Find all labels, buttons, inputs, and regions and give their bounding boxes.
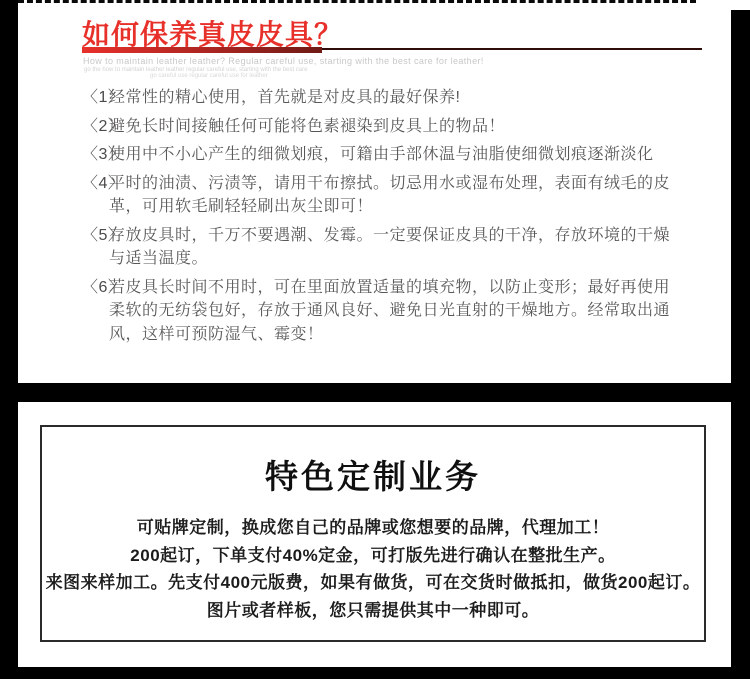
care-tip-3: 〈3〉 使用中不小心产生的细微划痕，可籍由手部休温与油脂使细微划痕逐渐淡化 [82,143,686,167]
section-divider-band [0,383,750,402]
care-tip-5: 〈5〉 存放皮具时，千万不要遇潮、发霉。一定要保证皮具的干净，存放环境的干燥与适… [82,224,686,271]
care-tips-list: 〈1〉 经常性的精心使用，首先就是对皮具的最好保养! 〈2〉 避免长时间接触任何… [82,86,686,351]
care-section-tiny-text-2: go careful use regular careful use for l… [150,73,268,79]
care-section-subtitle-en: How to maintain leather leather? Regular… [83,56,484,66]
title-underline-rule [322,48,702,50]
care-tip-3-text: 使用中不小心产生的细微划痕，可籍由手部休温与油脂使细微划痕逐渐淡化 [109,146,654,163]
product-detail-page: 如何保养真皮皮具？ How to maintain leather leathe… [0,0,750,679]
care-tip-5-text: 存放皮具时，千万不要遇潮、发霉。一定要保证皮具的干净，存放环境的干燥与适当温度。 [109,227,670,268]
customization-title: 特色定制业务 [42,451,704,498]
customization-line-4: 图片或者样板，您只需提供其中一种即可。 [42,597,704,625]
customization-box: 特色定制业务 可贴牌定制，换成您自己的品牌或您想要的品牌，代理加工！ 200起订… [40,425,706,642]
right-frame-bar [731,10,750,679]
title-underline-accent [82,47,322,53]
care-tip-2: 〈2〉 避免长时间接触任何可能将色素褪染到皮具上的物品！ [82,115,686,139]
care-tip-6-text: 若皮具长时间不用时，可在里面放置适量的填充物，以防止变形；最好再使用柔软的无纺袋… [109,279,670,343]
care-tip-2-number: 〈2〉 [82,115,124,139]
customization-text: 可贴牌定制，换成您自己的品牌或您想要的品牌，代理加工！ 200起订，下单支付40… [42,514,704,624]
care-tip-4-number: 〈4〉 [82,172,124,196]
care-tip-3-number: 〈3〉 [82,143,124,167]
care-tip-6: 〈6〉 若皮具长时间不用时，可在里面放置适量的填充物，以防止变形；最好再使用柔软… [82,276,686,347]
customization-line-1: 可贴牌定制，换成您自己的品牌或您想要的品牌，代理加工！ [42,514,704,542]
bottom-frame-band [0,667,750,679]
care-tip-2-text: 避免长时间接触任何可能将色素褪染到皮具上的物品！ [109,118,505,135]
care-tip-1-number: 〈1〉 [82,86,124,110]
top-dashed-divider [18,0,696,3]
care-tip-1: 〈1〉 经常性的精心使用，首先就是对皮具的最好保养! [82,86,686,110]
left-frame-bar [0,0,18,679]
customization-line-3: 来图来样加工。先支付400元版费，如果有做货，可在交货时做抵扣，做货200起订。 [42,569,704,597]
care-tip-5-number: 〈5〉 [82,224,124,248]
customization-line-2: 200起订，下单支付40%定金，可打版先进行确认在整批生产。 [42,542,704,570]
care-tip-4-text: 平时的油渍、污渍等，请用干布擦拭。切忌用水或湿布处理，表面有绒毛的皮革，可用软毛… [109,175,670,216]
care-tip-6-number: 〈6〉 [82,276,124,300]
care-tip-4: 〈4〉 平时的油渍、污渍等，请用干布擦拭。切忌用水或湿布处理，表面有绒毛的皮革，… [82,172,686,219]
care-tip-1-text: 经常性的精心使用，首先就是对皮具的最好保养! [109,89,460,106]
